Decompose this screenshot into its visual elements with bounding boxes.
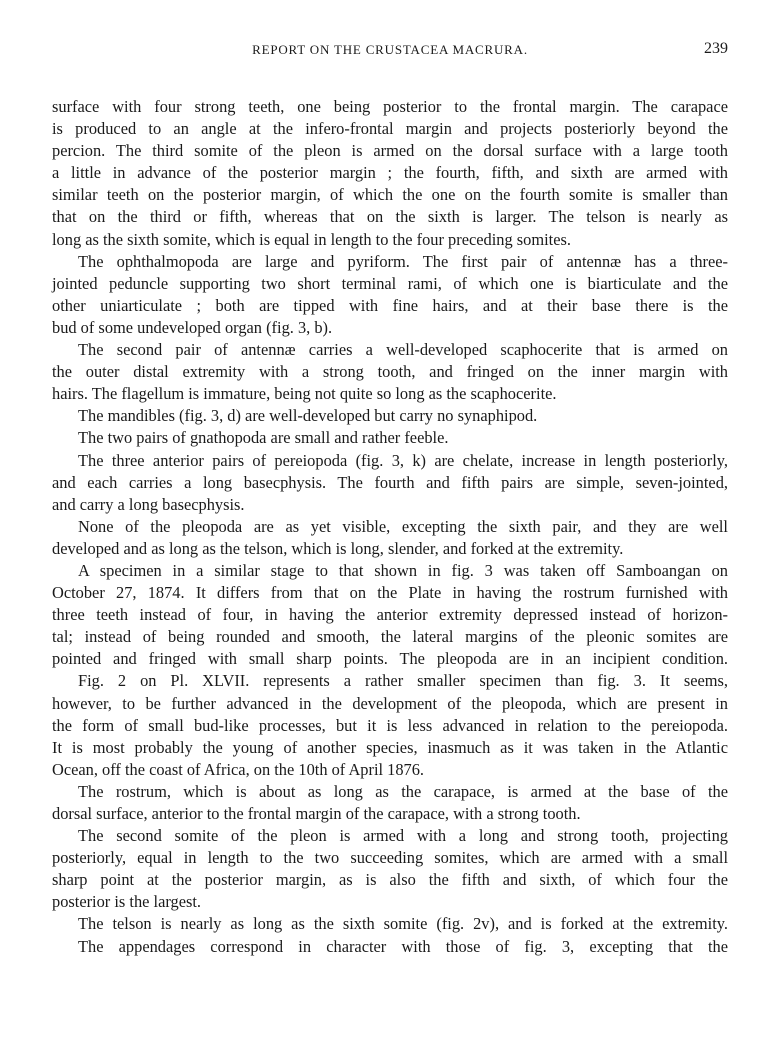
text-line: Fig. 2 on Pl. XLVII. represents a rather… [52,670,728,692]
text-line: surface with four strong teeth, one bein… [52,96,728,118]
text-line: Ocean, off the coast of Africa, on the 1… [52,759,728,781]
text-line: and carry a long basecphysis. [52,494,728,516]
text-line: The three anterior pairs of pereiopoda (… [52,450,728,472]
text-line: October 27, 1874. It differs from that o… [52,582,728,604]
text-line: long as the sixth somite, which is equal… [52,229,728,251]
text-line: The rostrum, which is about as long as t… [52,781,728,803]
text-line: is produced to an angle at the infero-fr… [52,118,728,140]
text-line: hairs. The flagellum is immature, being … [52,383,728,405]
text-line: The second somite of the pleon is armed … [52,825,728,847]
text-line: tal; instead of being rounded and smooth… [52,626,728,648]
text-line: The ophthalmopoda are large and pyriform… [52,251,728,273]
text-line: that on the third or fifth, whereas that… [52,206,728,228]
text-line: A specimen in a similar stage to that sh… [52,560,728,582]
text-line: dorsal surface, anterior to the frontal … [52,803,728,825]
text-line: the form of small bud-like processes, bu… [52,715,728,737]
text-line: and each carries a long basecphysis. The… [52,472,728,494]
text-line: The two pairs of gnathopoda are small an… [52,427,728,449]
running-head: REPORT ON THE CRUSTACEA MACRURA. [52,42,728,58]
text-line: The telson is nearly as long as the sixt… [52,913,728,935]
page-header: REPORT ON THE CRUSTACEA MACRURA. 239 [52,40,728,60]
text-line: The second pair of antennæ carries a wel… [52,339,728,361]
text-line: posteriorly, equal in length to the two … [52,847,728,869]
body-text: surface with four strong teeth, one bein… [52,96,728,958]
text-line: sharp point at the posterior margin, as … [52,869,728,891]
text-line: bud of some undeveloped organ (fig. 3, b… [52,317,728,339]
text-line: developed and as long as the telson, whi… [52,538,728,560]
text-line: similar teeth on the posterior margin, o… [52,184,728,206]
text-line: posterior is the largest. [52,891,728,913]
text-line: percion. The third somite of the pleon i… [52,140,728,162]
text-line: pointed and fringed with small sharp poi… [52,648,728,670]
text-line: jointed peduncle supporting two short te… [52,273,728,295]
page-number: 239 [704,40,728,58]
text-line: however, to be further advanced in the d… [52,693,728,715]
text-line: The mandibles (fig. 3, d) are well-devel… [52,405,728,427]
text-line: It is most probably the young of another… [52,737,728,759]
text-line: the outer distal extremity with a strong… [52,361,728,383]
text-line: other uniarticulate ; both are tipped wi… [52,295,728,317]
text-line: three teeth instead of four, in having t… [52,604,728,626]
text-line: None of the pleopoda are as yet visible,… [52,516,728,538]
text-line: a little in advance of the posterior mar… [52,162,728,184]
text-line: The appendages correspond in character w… [52,936,728,958]
